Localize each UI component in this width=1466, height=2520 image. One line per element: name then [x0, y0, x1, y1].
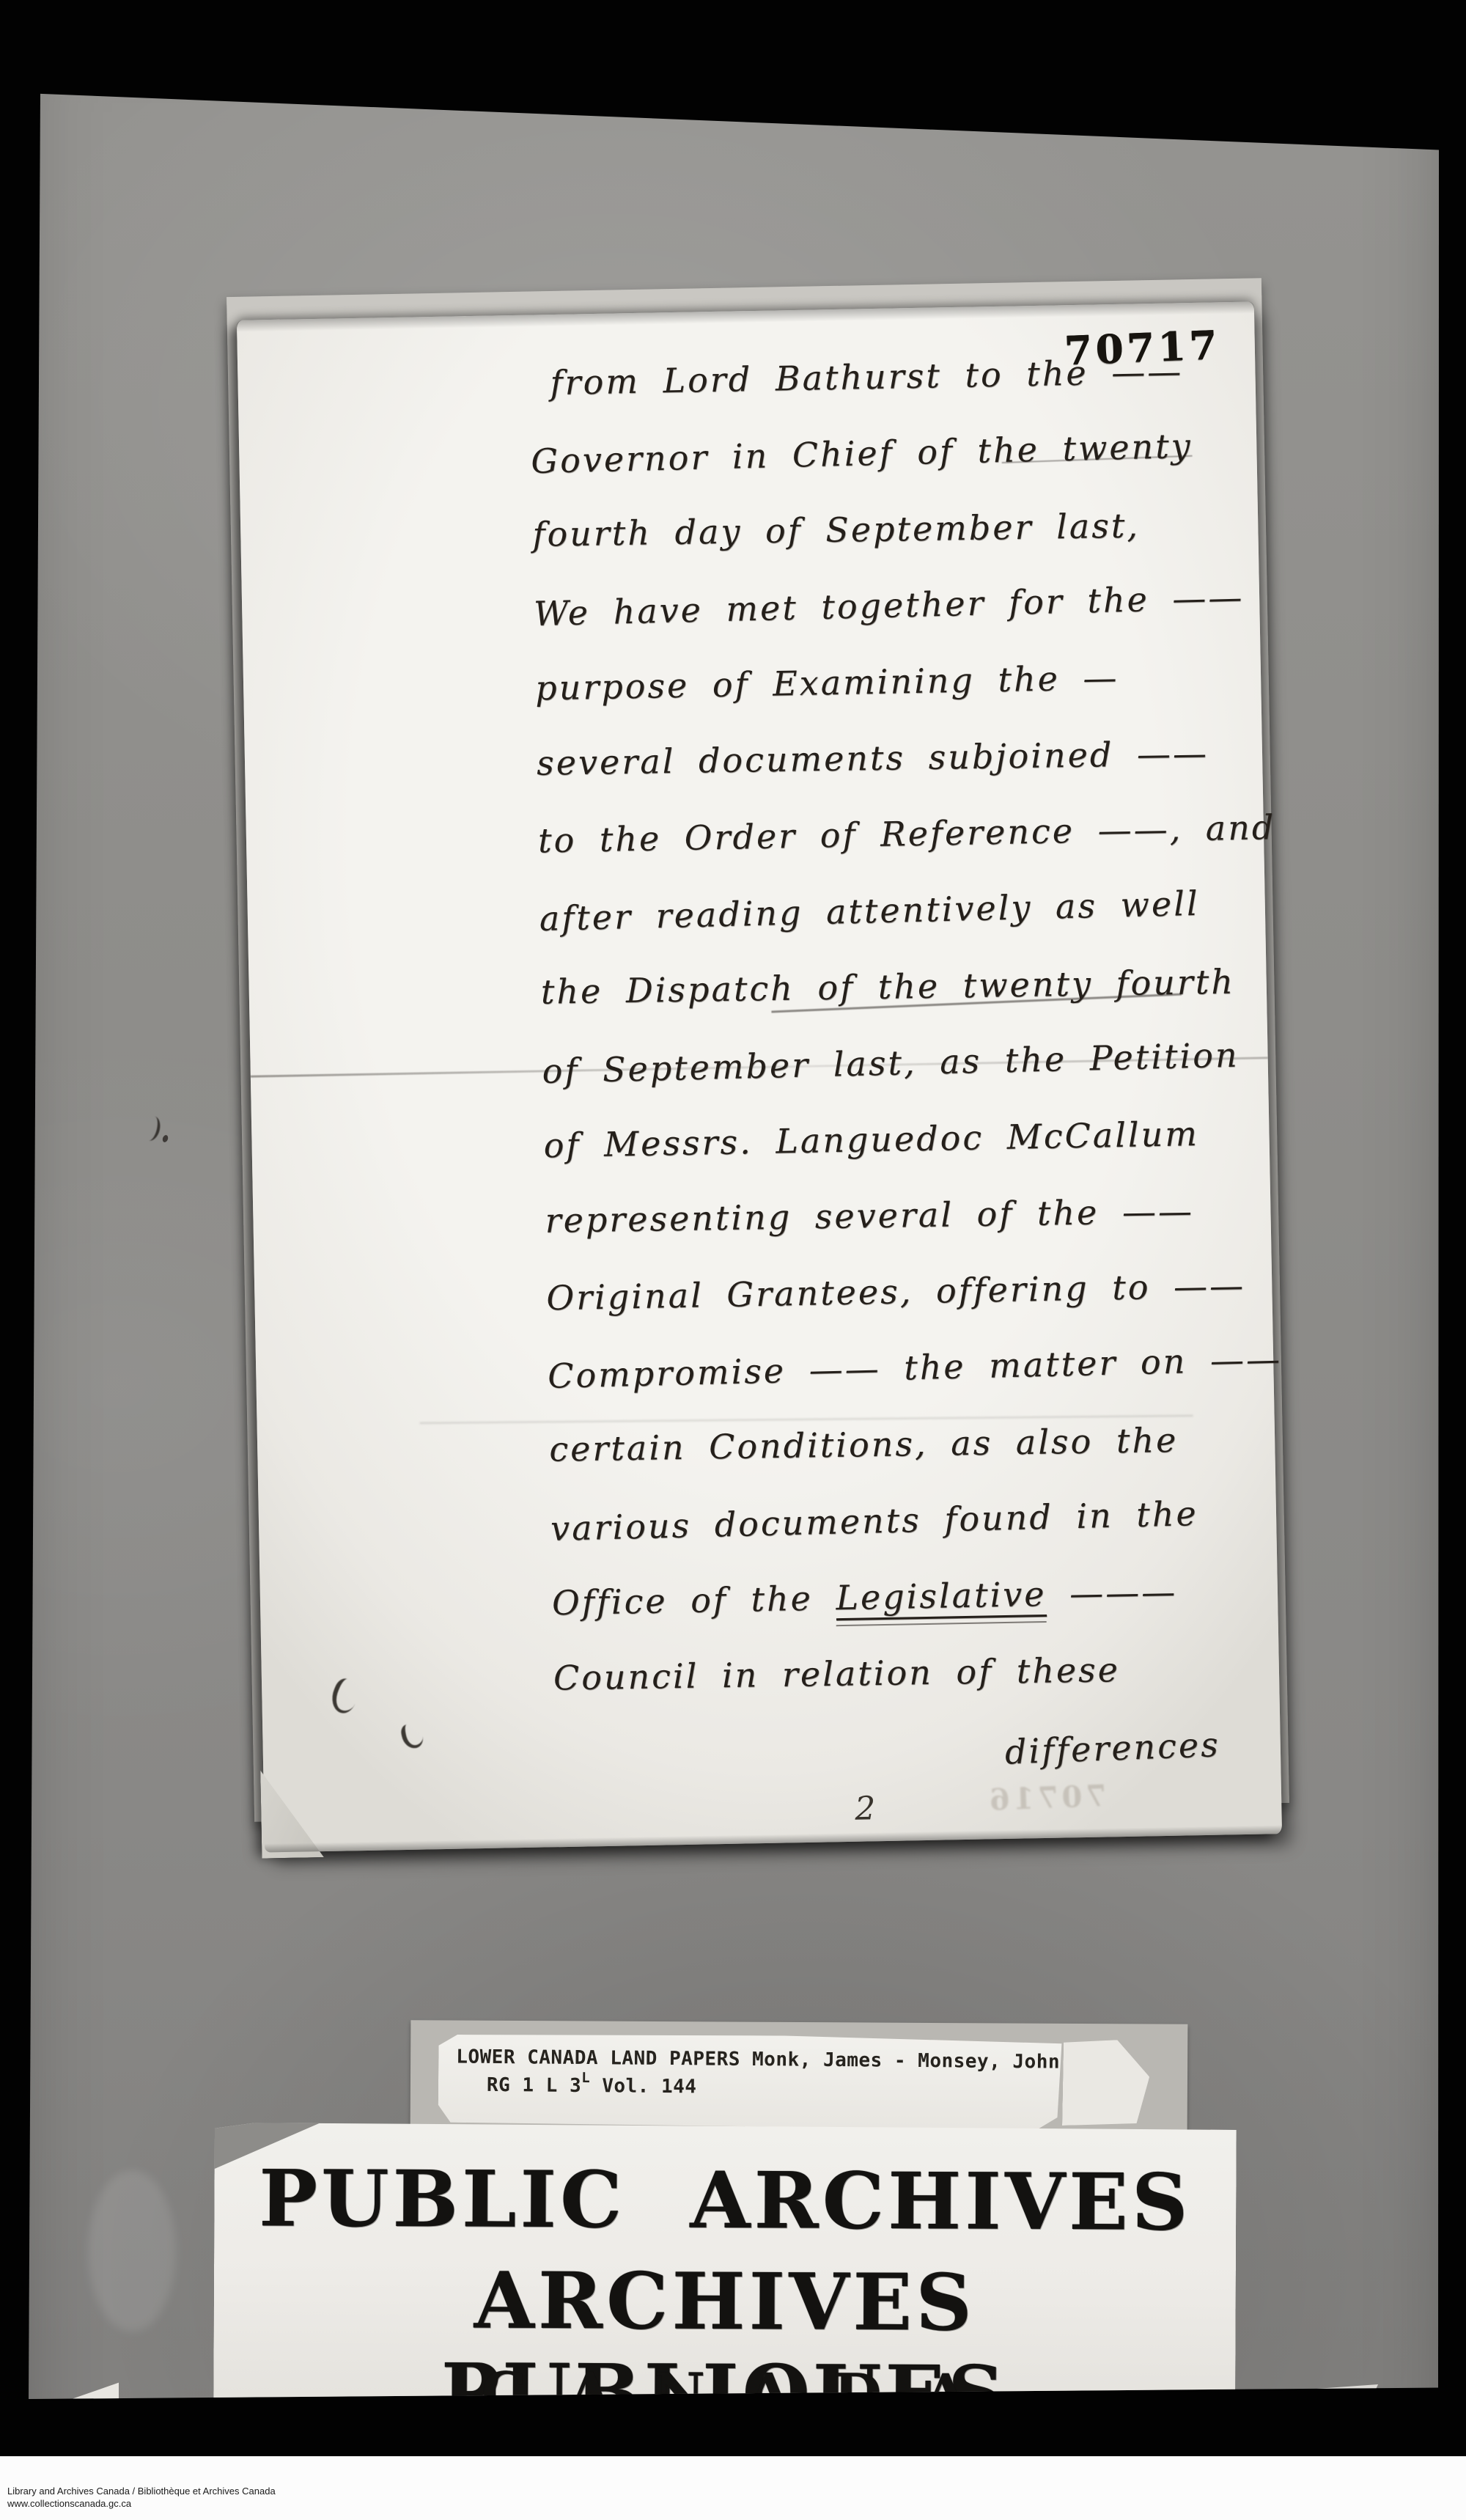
footer-url: www.collectionscanada.gc.ca [7, 2498, 131, 2509]
manuscript-line: of September last, as the Petition [542, 1035, 1254, 1128]
footer-strip: Library and Archives Canada / Bibliothèq… [0, 2456, 1466, 2520]
footer-attribution: Library and Archives Canada / Bibliothèq… [7, 2486, 276, 2497]
manuscript-page: 70717 from Lord Bathurst to the —— Gover… [237, 301, 1282, 1852]
board-pen-dot [162, 1134, 169, 1143]
manuscript-line: Council in relation of these [553, 1647, 1265, 1734]
line17-prefix: Office of the [552, 1578, 836, 1623]
manuscript-line: several documents subjoined —— [537, 732, 1248, 819]
closing-word: differences [1004, 1724, 1221, 1771]
slip-reference-line: RG 1 L 3L Vol. 144 [456, 2074, 1061, 2101]
manuscript-line: after reading attentively as well [539, 882, 1251, 975]
torn-paper-sliver [38, 2376, 119, 2411]
manuscript-line-legislative: Office of the Legislative ——— [552, 1571, 1264, 1660]
slip-title-line: LOWER CANADA LAND PAPERS Monk, James - M… [456, 2046, 1061, 2073]
torn-paper-sliver [1239, 2384, 1378, 2409]
faint-mirrored-stamp: 70716 [985, 1779, 1107, 1818]
manuscript-line: from Lord Bathurst to the —— [529, 350, 1242, 440]
legislative-underlined-word: Legislative [836, 1574, 1047, 1626]
rg-reference: RG 1 L 3 [487, 2074, 581, 2097]
manuscript-line: of Messrs. Languedoc McCallum [543, 1113, 1256, 1202]
manuscript-line: Original Grantees, offering to —— [546, 1265, 1259, 1355]
manuscript-line: purpose of Examining the — [535, 655, 1248, 745]
rg-superscript: L [581, 2070, 590, 2086]
card-line-public-archives: PUBLIC ARCHIVES [214, 2152, 1237, 2248]
board-smudge [88, 2170, 176, 2332]
typed-reference-slip: LOWER CANADA LAND PAPERS Monk, James - M… [438, 2032, 1061, 2130]
board-pen-mark [141, 1114, 163, 1142]
backing-board: 70717 from Lord Bathurst to the —— Gover… [0, 0, 1466, 2520]
manuscript-text: from Lord Bathurst to the —— Governor in… [237, 301, 1282, 1852]
page-number: 2 [855, 1790, 876, 1828]
card-line-archives-publiques: ARCHIVES PUBLIQUES [213, 2253, 1236, 2441]
manuscript-line: representing several of the —— [545, 1190, 1256, 1276]
line17-suffix: ——— [1046, 1572, 1178, 1614]
rg-volume: Vol. 144 [590, 2075, 697, 2098]
manuscript-line: We have met together for the —— [534, 577, 1246, 670]
manuscript-line: fourth day of September last, [532, 504, 1244, 590]
manuscript-line: to the Order of Reference ——, and [538, 808, 1250, 897]
photo-stage: 70717 from Lord Bathurst to the —— Gover… [0, 0, 1466, 2520]
manuscript-line: various documents found in the [550, 1492, 1262, 1585]
public-archives-card: PUBLIC ARCHIVES ARCHIVES PUBLIQUES CANAD… [213, 2123, 1237, 2413]
manuscript-line: Governor in Chief of the twenty [531, 425, 1243, 518]
card-line-canada: CANADA [213, 2359, 1235, 2428]
manuscript-line: certain Conditions, as also the [549, 1419, 1261, 1505]
